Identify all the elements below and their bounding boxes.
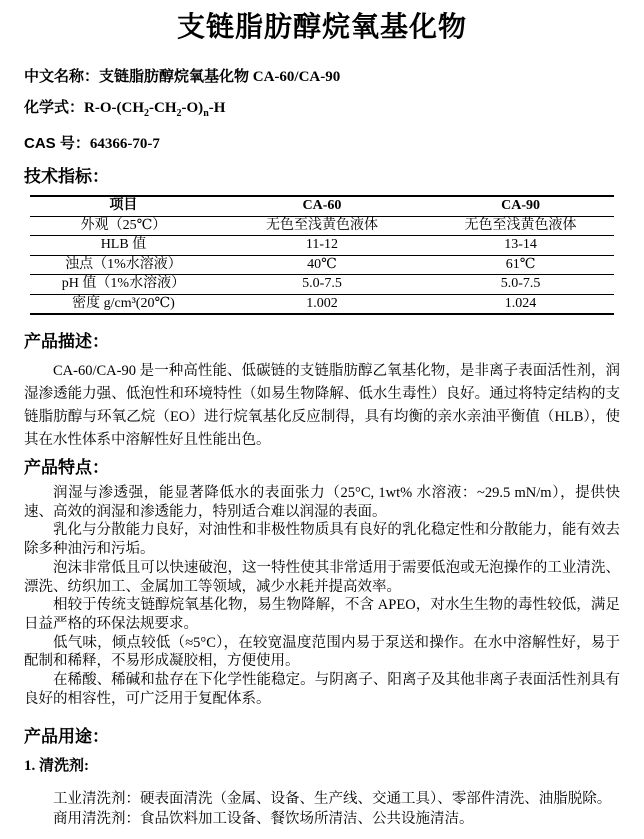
table-row: 外观（25℃）无色至浅黄色液体无色至浅黄色液体 (30, 216, 614, 236)
chinese-name-line: 中文名称：支链脂肪醇烷氧基化物 CA-60/CA-90 (24, 68, 620, 86)
table-row: 密度 g/cm³(20℃)1.0021.024 (30, 294, 614, 314)
cas-number-label: CAS 号： (24, 135, 90, 152)
table-cell: 61℃ (427, 255, 614, 275)
usage-item: 商用清洗剂：食品饮料加工设备、餐饮场所清洁、公共设施清洁。 (24, 809, 620, 829)
page-title: 支链脂肪醇烷氧基化物 (24, 8, 620, 46)
feature-paragraph: 泡沫非常低且可以快速破泡，这一特性使其非常适用于需要低泡或无泡操作的工业清洗、漂… (24, 559, 620, 596)
table-header-row: 项目CA-60CA-90 (30, 196, 614, 216)
formula-text: R-O-(CH (84, 100, 144, 116)
formula-text: -CH (149, 100, 177, 116)
chemical-formula-line: 化学式：R-O-(CH2-CH2-O)n-H (24, 99, 620, 122)
formula-text: -H (209, 100, 226, 116)
table-cell: HLB 值 (30, 236, 217, 256)
table-cell: 13-14 (427, 236, 614, 256)
table-header-cell: 项目 (30, 196, 217, 216)
specs-table-body: 外观（25℃）无色至浅黄色液体无色至浅黄色液体HLB 值11-1213-14浊点… (30, 216, 614, 314)
feature-paragraph: 润湿与渗透强，能显著降低水的表面张力（25°C, 1wt% 水溶液：~29.5 … (24, 484, 620, 521)
usage-items: 工业清洗剂：硬表面清洗（金属、设备、生产线、交通工具）、零部件清洗、油脂脱除。商… (24, 789, 620, 829)
table-cell: 5.0-7.5 (217, 275, 427, 295)
specs-section-heading: 技术指标： (24, 167, 620, 186)
chemical-formula-value: R-O-(CH2-CH2-O)n-H (84, 100, 225, 116)
table-cell: 密度 g/cm³(20℃) (30, 294, 217, 314)
chinese-name-value: 支链脂肪醇烷氧基化物 CA-60/CA-90 (99, 69, 340, 85)
table-cell: 无色至浅黄色液体 (217, 216, 427, 236)
feature-paragraph: 乳化与分散能力良好，对油性和非极性物质具有良好的乳化稳定性和分散能力，能有效去除… (24, 521, 620, 558)
table-cell: 1.024 (427, 294, 614, 314)
table-row: 浊点（1%水溶液）40℃61℃ (30, 255, 614, 275)
chinese-name-label: 中文名称： (24, 68, 99, 85)
formula-text: -O) (182, 100, 204, 116)
table-header-cell: CA-60 (217, 196, 427, 216)
features-section-heading: 产品特点： (24, 458, 620, 477)
table-cell: pH 值（1%水溶液） (30, 275, 217, 295)
feature-paragraph: 在稀酸、稀碱和盐存在下化学性能稳定。与阴离子、阳离子及其他非离子表面活性剂具有良… (24, 671, 620, 708)
table-cell: 40℃ (217, 255, 427, 275)
description-paragraph: CA-60/CA-90 是一种高性能、低碳链的支链脂肪醇乙氧基化物，是非离子表面… (24, 360, 620, 452)
table-row: pH 值（1%水溶液）5.0-7.55.0-7.5 (30, 275, 614, 295)
table-cell: 11-12 (217, 236, 427, 256)
features-paragraphs: 润湿与渗透强，能显著降低水的表面张力（25°C, 1wt% 水溶液：~29.5 … (24, 484, 620, 708)
table-cell: 浊点（1%水溶液） (30, 255, 217, 275)
usage-item: 工业清洗剂：硬表面清洗（金属、设备、生产线、交通工具）、零部件清洗、油脂脱除。 (24, 789, 620, 809)
table-row: HLB 值11-1213-14 (30, 236, 614, 256)
table-cell: 5.0-7.5 (427, 275, 614, 295)
table-header-cell: CA-90 (427, 196, 614, 216)
description-section-heading: 产品描述： (24, 332, 620, 351)
feature-paragraph: 低气味，倾点较低（≈5°C），在较宽温度范围内易于泵送和操作。在水中溶解性好，易… (24, 634, 620, 671)
specs-table: 项目CA-60CA-90 外观（25℃）无色至浅黄色液体无色至浅黄色液体HLB … (30, 195, 614, 315)
chemical-formula-label: 化学式： (24, 99, 84, 116)
table-cell: 无色至浅黄色液体 (427, 216, 614, 236)
table-cell: 外观（25℃） (30, 216, 217, 236)
usage-section-heading: 产品用途： (24, 727, 620, 746)
specs-table-header: 项目CA-60CA-90 (30, 196, 614, 216)
cas-number-value: 64366-70-7 (90, 136, 160, 152)
document-page: 支链脂肪醇烷氧基化物 中文名称：支链脂肪醇烷氧基化物 CA-60/CA-90 化… (0, 0, 644, 839)
cas-number-line: CAS 号：64366-70-7 (24, 135, 620, 153)
feature-paragraph: 相较于传统支链醇烷氧基化物，易生物降解，不含 APEO，对水生生物的毒性较低，满… (24, 596, 620, 633)
table-cell: 1.002 (217, 294, 427, 314)
